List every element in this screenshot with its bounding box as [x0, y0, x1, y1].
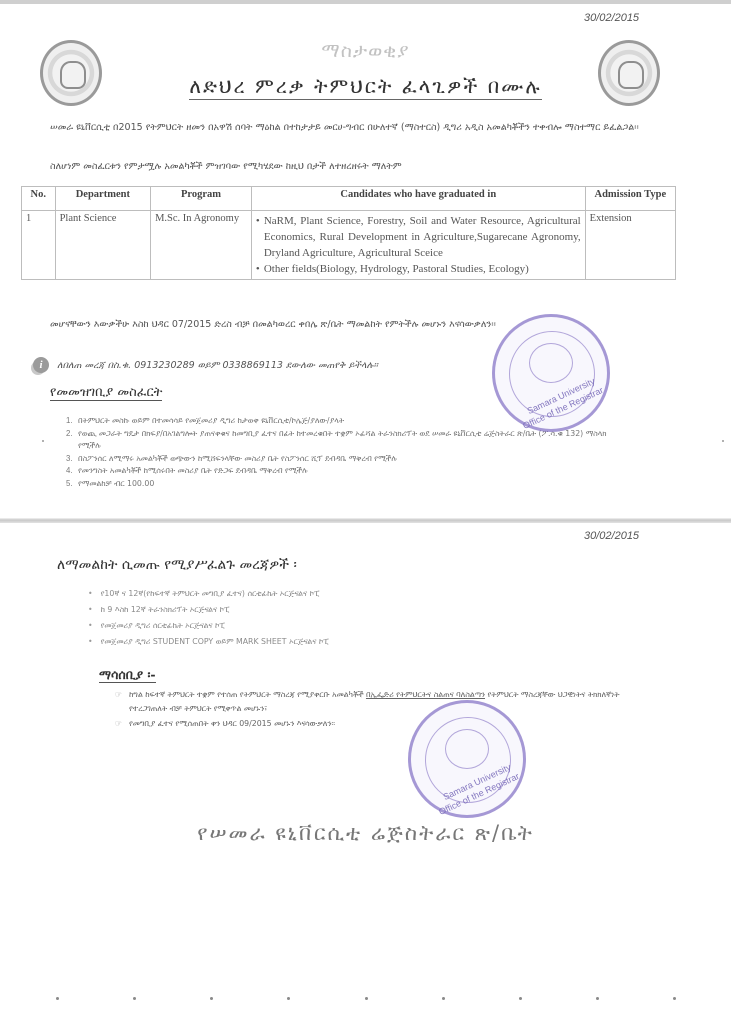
notice-date: 30/02/2015 [584, 530, 639, 542]
note-title-text: ማሳሰቢያ ፡- [99, 667, 156, 683]
notice-heading: ማስታወቂያ [0, 40, 731, 62]
notes-list: ☞ከግል ከፍተኛ ትምህርት ተቋም የተሰጠ የትምህርት ማስረጃ የሚያ… [115, 688, 645, 732]
requirement-text: የወጪ መጋራት ግዴታ በክፍያ/በአገልግሎት ያጠናቀቁና ከመግቢያ ፈ… [78, 429, 607, 451]
candidate-field-item: •Other fields(Biology, Hydrology, Pastor… [256, 261, 581, 277]
cell-admission-type: Extension [585, 211, 675, 280]
requirements-title-text: የመመዝገቢያ መስፈርት [50, 385, 162, 401]
cell-no: 1 [22, 211, 56, 280]
scan-speck [722, 440, 724, 442]
list-item: የ10ኛ ና 12ኛ(የከፍተኛ ትምህርት መግቢያ ፈተና) ሰርቲፊኬት … [88, 586, 329, 602]
cell-department: Plant Science [55, 211, 151, 280]
notice-page-1: 30/02/2015 ማስታወቂያ ለድህረ ምረቃ ትምህርት ፈላጊዎች በ… [0, 4, 731, 518]
list-item: ከ 9 እስከ 12ኛ ትራንስክሪፕት ኦርጅናልና ኮፒ [88, 602, 329, 618]
table-row: 1 Plant Science M.Sc. In Agronomy •NaRM,… [22, 211, 676, 280]
requirement-text: በትምህርት መስኩ ወይም በተመሳሳይ የመጀመሪያ ዲግሪ ከታወቀ ዩኒ… [78, 416, 344, 425]
pointing-hand-icon: ☞ [115, 688, 129, 702]
requirement-text: የማመልከቻ ብር 100.00 [78, 479, 154, 488]
list-item: ☞የመግቢያ ፈተና የሚሰጠበት ቀን ህዳር 09/2015 መሆኑን እና… [115, 717, 645, 731]
contact-text: ለበለጠ መረጃ በስ.ቁ. 0913230289 ወይም 0338869113… [57, 360, 378, 371]
requirements-title: የመመዝገቢያ መስፈርት [50, 385, 162, 400]
pointing-hand-icon: ☞ [115, 717, 129, 731]
notice-main-title: ለድህረ ምረቃ ትምህርት ፈላጊዎች በሙሉ [0, 74, 731, 98]
note-text: የመግቢያ ፈተና የሚሰጠበት ቀን ህዳር 09/2015 መሆኑን እናሳ… [129, 719, 335, 728]
col-header-admission-type: Admission Type [585, 187, 675, 211]
main-title-text: ለድህረ ምረቃ ትምህርት ፈላጊዎች በሙሉ [189, 74, 541, 100]
cell-candidates: •NaRM, Plant Science, Forestry, Soil and… [251, 211, 585, 280]
col-header-program: Program [151, 187, 252, 211]
list-item: የመጀመሪያ ዲግሪ STUDENT COPY ወይም MARK SHEET ኦ… [88, 634, 329, 650]
notice-date: 30/02/2015 [584, 12, 639, 24]
contact-info: i ለበለጠ መረጃ በስ.ቁ. 0913230289 ወይም 03388691… [33, 357, 378, 373]
intro-paragraph-2: ስለሆነም መስፈርቱን የምታሟሉ አመልካቾች ምዝገባው የሚካሄደው ከ… [50, 159, 650, 174]
list-item: ☞ከግል ከፍተኛ ትምህርት ተቋም የተሰጠ የትምህርት ማስረጃ የሚያ… [115, 688, 645, 716]
registrar-office-signature: የሠመራ ዩኒቨርሲቲ ሬጅስትራር ጽ/ቤት [0, 821, 731, 846]
required-documents-title: ለማመልከት ሲመጡ የሚያሥፈልጉ መረጃዎች ፡ [57, 557, 297, 573]
scan-speck [42, 440, 44, 442]
col-header-candidates: Candidates who have graduated in [251, 187, 585, 211]
list-item: 4.የመንግስት አመልካቾች ከሚሰሩበት መስሪያ ቤት የድጋፍ ደብዳቤ… [66, 465, 626, 478]
candidate-field-text: Other fields(Biology, Hydrology, Pastora… [264, 263, 529, 275]
registrar-stamp: Samara University Office of the Registra… [408, 700, 526, 818]
program-table: No. Department Program Candidates who ha… [21, 186, 676, 280]
stamp-emblem [529, 343, 573, 383]
candidate-field-item: •NaRM, Plant Science, Forestry, Soil and… [256, 213, 581, 261]
registrar-stamp: Samara University Office of the Registra… [492, 314, 610, 432]
info-icon: i [33, 357, 49, 373]
col-header-no: No. [22, 187, 56, 211]
list-item: የመጀመሪያ ዲግሪ ሰርቲፊኬት ኦርጅናልና ኮፒ [88, 618, 329, 634]
list-item: 3.በስፖንሰር ለሚማሩ አመልካቾች ወጭውን ከሚሸፍንላቸው መስሪያ … [66, 453, 626, 466]
col-header-department: Department [55, 187, 151, 211]
required-documents-list: የ10ኛ ና 12ኛ(የከፍተኛ ትምህርት መግቢያ ፈተና) ሰርቲፊኬት … [88, 586, 329, 650]
note-text: ከግል ከፍተኛ ትምህርት ተቋም የተሰጠ የትምህርት ማስረጃ የሚያቀ… [129, 690, 366, 699]
candidate-field-text: NaRM, Plant Science, Forestry, Soil and … [264, 215, 581, 259]
note-underlined-text: በኢፌድሪ የትምህርትና ስልጠና ባለስልጣን [366, 690, 485, 699]
note-title: ማሳሰቢያ ፡- [99, 667, 156, 683]
requirement-text: የመንግስት አመልካቾች ከሚሰሩበት መስሪያ ቤት የድጋፍ ደብዳቤ ማ… [78, 466, 308, 475]
notice-page-2: 30/02/2015 ለማመልከት ሲመጡ የሚያሥፈልጉ መረጃዎች ፡ የ1… [0, 523, 731, 1024]
stamp-emblem [445, 729, 489, 769]
cell-program: M.Sc. In Agronomy [151, 211, 252, 280]
list-item: 5.የማመልከቻ ብር 100.00 [66, 478, 626, 491]
scan-dot-row [56, 997, 676, 1000]
requirement-text: በስፖንሰር ለሚማሩ አመልካቾች ወጭውን ከሚሸፍንላቸው መስሪያ ቤት… [78, 454, 397, 463]
intro-paragraph: ሠመራ ዩኒቨርሲቲ በ2015 የትምህርት ዘመን በአዋሽ ሰባት ማዕከ… [50, 120, 650, 135]
table-header-row: No. Department Program Candidates who ha… [22, 187, 676, 211]
